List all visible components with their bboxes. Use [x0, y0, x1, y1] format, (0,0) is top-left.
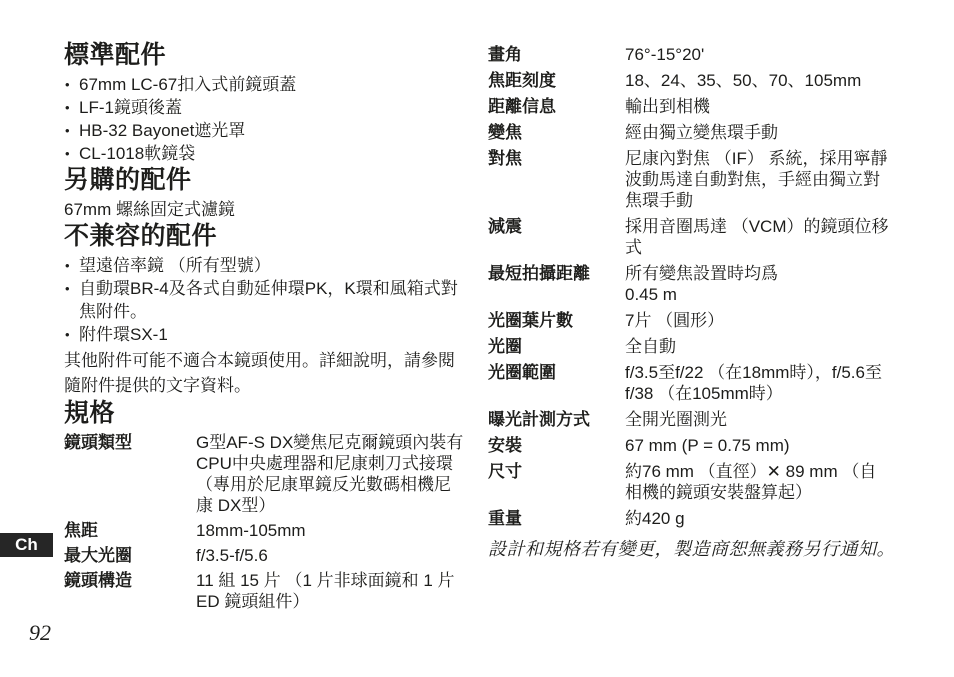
spec-label: 變焦 [488, 122, 625, 143]
spec-value: 76°-15°20' [625, 44, 891, 65]
language-tab-badge: Ch [0, 533, 53, 557]
spec-value: 所有變焦設置時均爲 0.45 m [625, 263, 891, 305]
manual-page: 標準配件 67mm LC-67扣入式前鏡頭蓋 LF-1鏡頭後蓋 HB-32 Ba… [0, 0, 954, 677]
specifications-disclaimer: 設計和規格若有變更，製造商恕無義務另行通知。 [488, 537, 908, 561]
spec-value: 經由獨立變焦環手動 [625, 122, 891, 143]
optional-accessories-text: 67mm 螺絲固定式濾鏡 [64, 198, 464, 221]
spec-table-right: 畫角 76°-15°20' 焦距刻度 18、24、35、50、70、105mm … [488, 44, 908, 529]
list-item: LF-1鏡頭後蓋 [64, 96, 464, 119]
spec-label: 對焦 [488, 148, 625, 211]
right-column: 畫角 76°-15°20' 焦距刻度 18、24、35、50、70、105mm … [488, 44, 908, 579]
list-item: 自動環BR-4及各式自動延伸環PK，K環和風箱式對焦附件。 [64, 277, 464, 323]
spec-label: 光圈範圍 [488, 362, 625, 404]
spec-value: 約76 mm （直徑）✕ 89 mm （自相機的鏡頭安裝盤算起） [625, 461, 891, 503]
list-item: CL-1018軟鏡袋 [64, 142, 464, 165]
spec-value: G型AF-S DX變焦尼克爾鏡頭內裝有CPU中央處理器和尼康刺刀式接環 （專用於… [196, 432, 464, 516]
spec-value: 7片 （圓形） [625, 310, 891, 331]
incompatible-accessories-list: 望遠倍率鏡 （所有型號） 自動環BR-4及各式自動延伸環PK，K環和風箱式對焦附… [64, 254, 464, 346]
spec-value: 尼康內對焦 （IF） 系統，採用寧靜波動馬達自動對焦，手經由獨立對焦環手動 [625, 148, 891, 211]
spec-label: 光圈 [488, 336, 625, 357]
spec-label: 減震 [488, 216, 625, 258]
spec-label: 安裝 [488, 435, 625, 456]
spec-label: 光圈葉片數 [488, 310, 625, 331]
spec-label: 尺寸 [488, 461, 625, 503]
spec-value: 18、24、35、50、70、105mm [625, 70, 891, 91]
spec-value: 約420 g [625, 508, 891, 529]
spec-value: 全自動 [625, 336, 891, 357]
standard-accessories-list: 67mm LC-67扣入式前鏡頭蓋 LF-1鏡頭後蓋 HB-32 Bayonet… [64, 73, 464, 165]
spec-label: 最短拍攝距離 [488, 263, 625, 305]
spec-value: f/3.5-f/5.6 [196, 545, 464, 566]
spec-value: 全開光圈測光 [625, 409, 891, 430]
spec-label: 最大光圈 [64, 545, 196, 566]
spec-value: 18mm-105mm [196, 520, 464, 541]
spec-value: 採用音圈馬達 （VCM）的鏡頭位移式 [625, 216, 891, 258]
spec-label: 距離信息 [488, 96, 625, 117]
spec-value: f/3.5至f/22 （在18mm時），f/5.6至f/38 （在105mm時） [625, 362, 891, 404]
spec-label: 曝光計測方式 [488, 409, 625, 430]
spec-table-left: 鏡頭類型 G型AF-S DX變焦尼克爾鏡頭內裝有CPU中央處理器和尼康刺刀式接環… [64, 432, 464, 612]
spec-label: 畫角 [488, 44, 625, 65]
spec-label: 焦距 [64, 520, 196, 541]
spec-value: 輸出到相機 [625, 96, 891, 117]
section-title-optional-accessories: 另購的配件 [64, 165, 464, 195]
spec-value: 11 組 15 片 （1 片非球面鏡和 1 片 ED 鏡頭組件） [196, 570, 464, 612]
list-item: 附件環SX-1 [64, 323, 464, 346]
page-number: 92 [29, 620, 51, 646]
spec-value: 67 mm (P = 0.75 mm) [625, 435, 891, 456]
incompatible-accessories-note: 其他附件可能不適合本鏡頭使用。詳細說明，請參閱隨附件提供的文字資料。 [64, 348, 464, 398]
section-title-standard-accessories: 標準配件 [64, 40, 464, 70]
left-column: 標準配件 67mm LC-67扣入式前鏡頭蓋 LF-1鏡頭後蓋 HB-32 Ba… [64, 40, 464, 612]
section-title-specifications: 規格 [64, 398, 464, 428]
spec-label: 焦距刻度 [488, 70, 625, 91]
list-item: 望遠倍率鏡 （所有型號） [64, 254, 464, 277]
spec-label: 鏡頭類型 [64, 432, 196, 516]
spec-label: 鏡頭構造 [64, 570, 196, 612]
spec-label: 重量 [488, 508, 625, 529]
section-title-incompatible-accessories: 不兼容的配件 [64, 221, 464, 251]
list-item: 67mm LC-67扣入式前鏡頭蓋 [64, 73, 464, 96]
list-item: HB-32 Bayonet遮光罩 [64, 119, 464, 142]
